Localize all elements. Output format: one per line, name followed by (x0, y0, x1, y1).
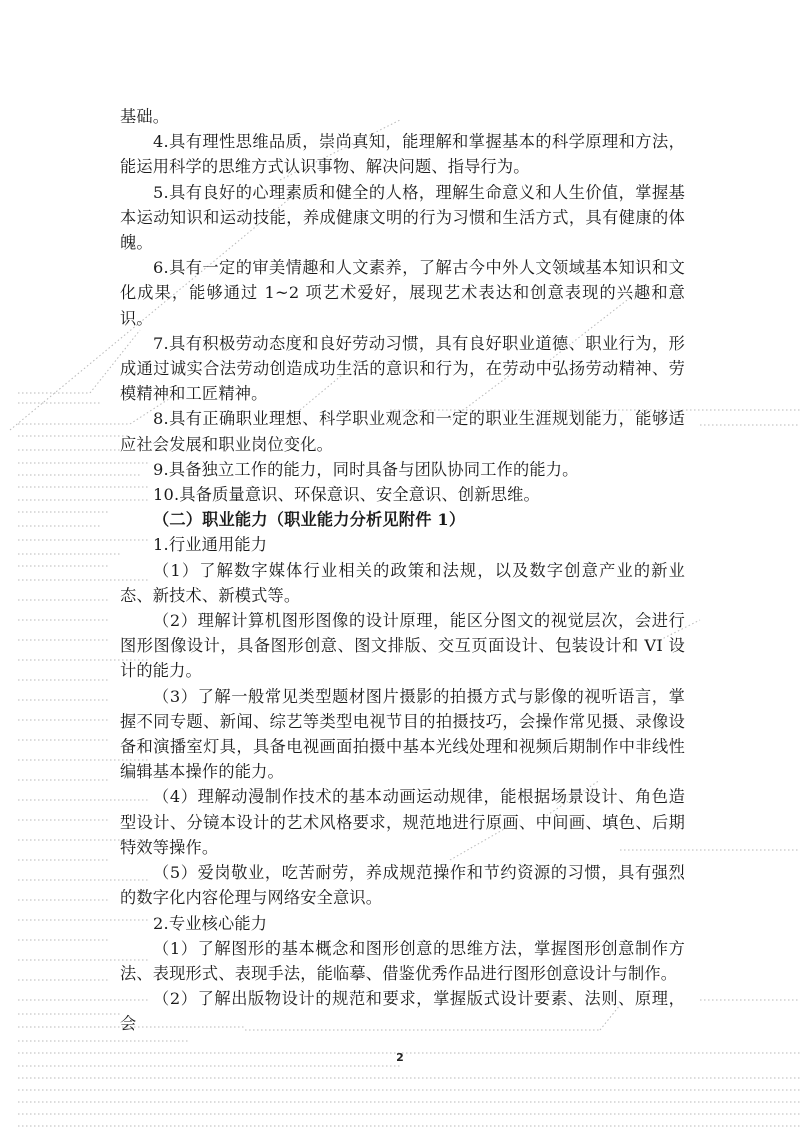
paragraph-item-4: 4.具有理性思维品质，崇尚真知，能理解和掌握基本的科学原理和方法，能运用科学的思… (120, 129, 685, 179)
paragraph-core-1: （1）了解图形的基本概念和图形创意的思维方法，掌握图形创意制作方法、表现形式、表… (120, 936, 685, 986)
paragraph-item-7: 7.具有积极劳动态度和良好劳动习惯，具有良好职业道德、职业行为，形成通过诚实合法… (120, 331, 685, 407)
page-number: 2 (0, 1051, 800, 1064)
paragraph-general-5: （5）爱岗敬业，吃苦耐劳，养成规范操作和节约资源的习惯，具有强烈的数字化内容伦理… (120, 860, 685, 910)
paragraph-item-5: 5.具有良好的心理素质和健全的人格，理解生命意义和人生价值，掌握基本运动知识和运… (120, 180, 685, 256)
paragraph-item-6: 6.具有一定的审美情趣和人文素养，了解古今中外人文领域基本知识和文化成果，能够通… (120, 255, 685, 331)
subheading-core-ability: 2.专业核心能力 (120, 911, 685, 936)
section-heading-vocational-ability: （二）职业能力（职业能力分析见附件 1） (120, 507, 685, 532)
paragraph-core-2: （2）了解出版物设计的规范和要求，掌握版式设计要素、法则、原理，会 (120, 986, 685, 1036)
paragraph-general-4: （4）理解动漫制作技术的基本动画运动规律，能根据场景设计、角色造型设计、分镜本设… (120, 784, 685, 860)
paragraph-general-1: （1）了解数字媒体行业相关的政策和法规，以及数字创意产业的新业态、新技术、新模式… (120, 558, 685, 608)
document-page: 基础。 4.具有理性思维品质，崇尚真知，能理解和掌握基本的科学原理和方法，能运用… (120, 104, 685, 1037)
paragraph-general-2: （2）理解计算机图形图像的设计原理，能区分图文的视觉层次，会进行图形图像设计，具… (120, 608, 685, 684)
subheading-industry-general-ability: 1.行业通用能力 (120, 532, 685, 557)
paragraph-item-8: 8.具有正确职业理想、科学职业观念和一定的职业生涯规划能力，能够适应社会发展和职… (120, 406, 685, 456)
paragraph-general-3: （3）了解一般常见类型题材图片摄影的拍摄方式与影像的视听语言，掌握不同专题、新闻… (120, 684, 685, 785)
paragraph-continuation: 基础。 (120, 104, 685, 129)
paragraph-item-9: 9.具备独立工作的能力，同时具备与团队协同工作的能力。 (120, 457, 685, 482)
paragraph-item-10: 10.具备质量意识、环保意识、安全意识、创新思维。 (120, 482, 685, 507)
